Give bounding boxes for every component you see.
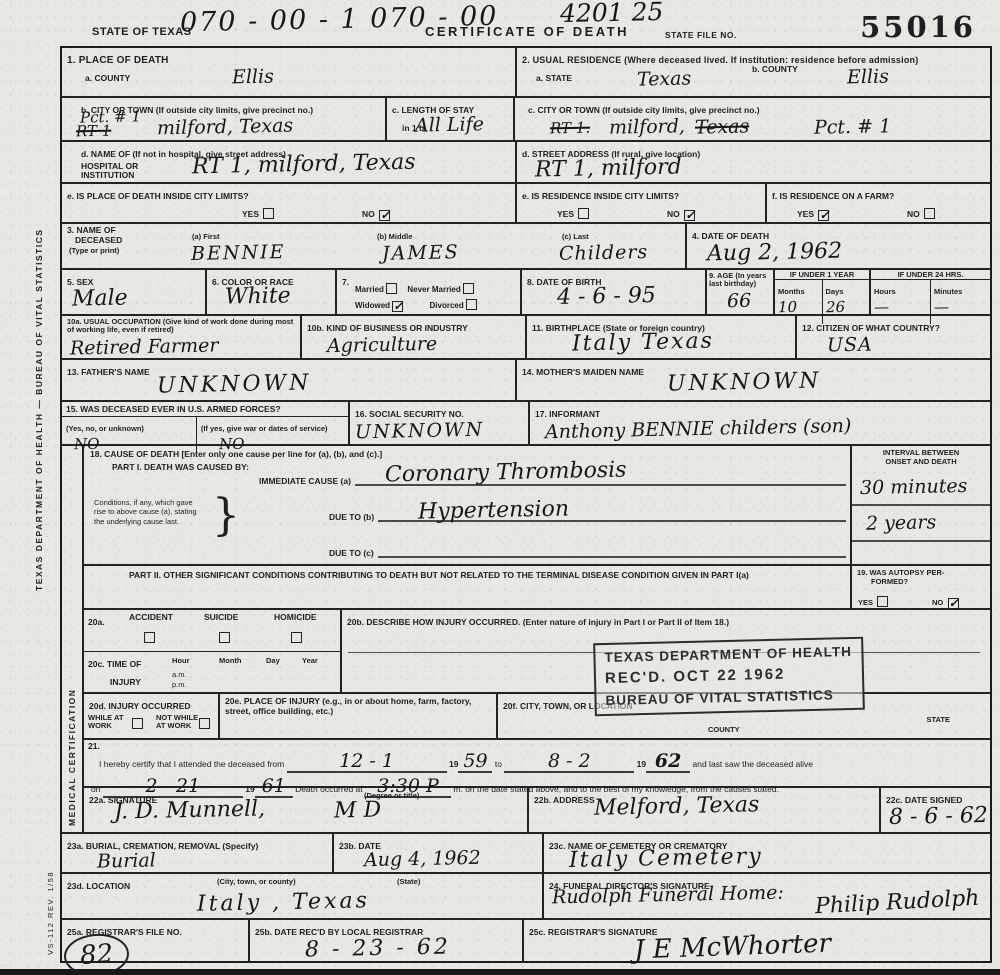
row-location-funeral: 23d. LOCATION (City, town, or county) (S… (62, 874, 990, 920)
interval-a-rule (852, 504, 990, 506)
interval-a-value: 30 minutes (860, 477, 968, 498)
field-interval: INTERVAL BETWEEN ONSET AND DEATH 30 minu… (852, 446, 990, 564)
autopsy-yes: YES (858, 592, 888, 610)
yes-label: YES (858, 598, 873, 607)
divorced-label: Divorced (430, 301, 464, 310)
yr1-value: 59 (463, 752, 487, 771)
funeral-director-signature: Philip Rudolph (815, 888, 980, 919)
autopsy-label: 19. WAS AUTOPSY PER-FORMED? (857, 568, 985, 586)
forces-war-label: (If yes, give war or dates of service) (201, 424, 328, 433)
cemetery-value: Italy Cemetery (569, 846, 763, 872)
row-burial: 23a. BURIAL, CREMATION, REMOVAL (Specify… (62, 832, 990, 874)
last-name-value: Childers (559, 243, 649, 264)
no-label: NO (907, 209, 920, 219)
row-name-of-deceased: 3. NAME OF DECEASED (Type or print) (a) … (62, 224, 990, 270)
suicide-label: SUICIDE (204, 612, 238, 622)
residence-limits-yes: YES (557, 204, 589, 222)
field-time-of-injury: 20c. TIME OFINJURY Hour a.m. p.m. Month … (84, 652, 340, 692)
birthplace-value: Italy Texas (572, 331, 714, 356)
autopsy-label-1: 19. WAS AUTOPSY PER- (857, 568, 944, 577)
marital-options: Married Never Married Widowed ✓ Divorced (355, 282, 477, 314)
father-name-label: 13. FATHER'S NAME (67, 367, 150, 377)
last-name-label: (c) Last (562, 232, 589, 241)
married-label: Married (355, 285, 384, 294)
medical-certification-section: MEDICAL CERTIFICATION TEXAS DEPARTMENT O… (62, 446, 990, 832)
row-certify-statement: 21. I hereby certify that I attended the… (84, 740, 990, 788)
row-part2-autopsy: PART II. OTHER SIGNIFICANT CONDITIONS CO… (84, 566, 990, 610)
field-hospital: d. NAME OF (If not in hospital, give str… (62, 142, 517, 182)
field-length-of-stay: c. LENGTH OF STAY in 1 b. All Life (387, 98, 515, 140)
farm-yes: YES ✓ (797, 204, 829, 222)
physician-signature-value: J. D. Munnell, (114, 798, 265, 823)
months-label: Months (778, 287, 805, 296)
field-accident-suicide-homicide: 20a. ACCIDENT SUICIDE HOMICIDE (84, 610, 340, 652)
field-cemetery: 23c. NAME OF CEMETERY OR CREMATORY Italy… (544, 834, 990, 872)
row-sex-race-age: 5. SEX Male 6. COLOR OR RACE White 7. Ma… (62, 270, 990, 316)
physician-address-label: 22b. ADDRESS (534, 795, 595, 805)
injury-county-label: COUNTY (708, 725, 740, 734)
field-burial-date: 23b. DATE Aug 4, 1962 (334, 834, 544, 872)
certify-num: 21. (88, 741, 100, 751)
widowed-label: Widowed (355, 301, 390, 310)
not-while-at-work-label: NOT WHILEAT WORK (156, 714, 198, 731)
minutes-value: — (934, 300, 949, 315)
occupation-value: Retired Farmer (70, 336, 219, 358)
length-of-stay-value: All Life (415, 115, 484, 135)
field-middle-name: (b) Middle JAMES (372, 224, 557, 268)
field-physician-address: 22b. ADDRESS Melford, Texas (529, 788, 881, 832)
registrar-signature-value: J E McWhorter (634, 931, 832, 964)
field-residence-farm: f. IS RESIDENCE ON A FARM? YES ✓ NO (767, 184, 990, 222)
location-city-sub: (City, town, or county) (217, 877, 296, 886)
death-limits-yes-checkbox (263, 208, 274, 219)
street-address-value: RT 1, milford (535, 156, 682, 181)
field-usual-residence: 2. USUAL RESIDENCE (Where deceased lived… (517, 48, 990, 96)
industry-value: Agriculture (327, 335, 438, 356)
part1-label: PART I. DEATH WAS CAUSED BY: (112, 462, 249, 472)
informant-value: Anthony BENNIE childers (son) (545, 417, 852, 442)
field-first-name: (a) First BENNIE (187, 224, 372, 268)
scanned-death-certificate: { "header": { "state_label": "STATE OF T… (0, 0, 1000, 975)
due-to-b-rule: Hypertension (378, 520, 846, 522)
row-cause-of-death: 18. CAUSE OF DEATH [Enter only one cause… (84, 446, 990, 566)
while-at-work-2: WORK (88, 721, 112, 730)
field-place-of-injury: 20e. PLACE OF INJURY (e.g., in or about … (220, 694, 498, 738)
middle-name-value: JAMES (382, 243, 460, 264)
burial-type-label: 23a. BURIAL, CREMATION, REMOVAL (Specify… (67, 841, 258, 851)
field-registrar-file-no: 25a. REGISTRAR'S FILE NO. 82 (62, 920, 250, 961)
field-injury-occurred: 20d. INJURY OCCURRED WHILE ATWORK NOT WH… (84, 694, 220, 738)
medical-certification-rows: TEXAS DEPARTMENT OF HEALTH REC'D. OCT 22… (84, 446, 990, 832)
field-street-address: d. STREET ADDRESS (If rural, give locati… (517, 142, 990, 182)
yr2-value: 62 (655, 752, 681, 771)
injury-occurred-label: 20d. INJURY OCCURRED (89, 701, 191, 711)
death-inside-limits-label: e. IS PLACE OF DEATH INSIDE CITY LIMITS? (67, 191, 249, 201)
sex-value: Male (72, 287, 128, 310)
yes-label: YES (557, 209, 574, 219)
burial-type-value: Burial (97, 851, 156, 871)
due-to-c-line: DUE TO (c) (329, 548, 850, 558)
time-of-injury-label: 20c. TIME OFINJURY (88, 659, 141, 687)
time-of-injury-label-2: INJURY (110, 677, 141, 687)
field-industry: 10b. KIND OF BUSINESS OR INDUSTRY Agricu… (302, 316, 527, 358)
not-while-at-work-checkbox (199, 718, 210, 729)
day-label: Day (266, 656, 280, 665)
row-physician-signature: 22a. SIGNATURE (Degree or title) J. D. M… (84, 788, 990, 832)
days-label: Days (826, 287, 844, 296)
field-part2: PART II. OTHER SIGNIFICANT CONDITIONS CO… (84, 566, 852, 608)
cause-of-death-label: 18. CAUSE OF DEATH [Enter only one cause… (90, 449, 382, 459)
certificate-number: 55016 (860, 10, 976, 44)
residence-city-value: milford, (608, 117, 684, 138)
while-at-work-label: WHILE ATWORK (88, 714, 123, 731)
death-limits-no: NO ✓ (362, 204, 390, 222)
due-to-c-rule (378, 556, 846, 558)
row-parents: 13. FATHER'S NAME UNKNOWN 14. MOTHER'S M… (62, 360, 990, 402)
minutes-label: Minutes (934, 287, 962, 296)
field-cause-of-death: 18. CAUSE OF DEATH [Enter only one cause… (84, 446, 852, 564)
not-while-2: AT WORK (156, 721, 191, 730)
no-label: NO (667, 209, 680, 219)
field-marital-status: 7. Married Never Married Widowed ✓ Divor… (337, 270, 522, 314)
certify-text-2: and last saw the deceased alive (693, 759, 814, 769)
row-registrar: 25a. REGISTRAR'S FILE NO. 82 25b. DATE R… (62, 920, 990, 961)
registrar-date-value: 8 - 23 - 62 (305, 936, 451, 961)
injury-20a-label: 20a. (88, 617, 105, 627)
first-name-label: (a) First (192, 232, 220, 241)
physician-address-value: Melford, Texas (594, 794, 760, 819)
field-autopsy: 19. WAS AUTOPSY PER-FORMED? YES NO ✓ (852, 566, 990, 608)
left-margin-vertical-label: TEXAS DEPARTMENT OF HEALTH — BUREAU OF V… (34, 150, 44, 670)
autopsy-no: NO ✓ (932, 592, 959, 610)
field-mother-name: 14. MOTHER'S MAIDEN NAME UNKNOWN (517, 360, 990, 400)
name-of-deceased-label2: DECEASED (75, 236, 182, 246)
death-limits-yes: YES (242, 204, 274, 222)
field-funeral-director: 24. FUNERAL DIRECTOR'S SIGNATURE Rudolph… (544, 874, 990, 918)
autopsy-label-2: FORMED? (871, 577, 908, 586)
residence-limits-no: NO ✓ (667, 204, 695, 222)
state-of-texas-label: STATE OF TEXAS (92, 26, 192, 38)
certify-text-1: I hereby certify that I attended the dec… (99, 759, 284, 769)
conditions-note: Conditions, if any, which gave rise to a… (94, 498, 206, 526)
under-1-year-label: IF UNDER 1 YEAR (775, 270, 869, 280)
immediate-cause-line: IMMEDIATE CAUSE (a) Coronary Thrombosis (259, 476, 850, 486)
part2-label: PART II. OTHER SIGNIFICANT CONDITIONS CO… (129, 570, 845, 580)
field-ssn: 16. SOCIAL SECURITY NO. UNKNOWN (350, 402, 530, 444)
death-city-value: milford, Texas (157, 117, 294, 139)
time-of-injury-label-1: 20c. TIME OF (88, 659, 141, 669)
months-value: 10 (778, 300, 797, 315)
conditions-brace: } (212, 490, 240, 541)
death-limits-no-checkbox: ✓ (379, 210, 390, 221)
field-registrar-signature: 25c. REGISTRAR'S SIGNATURE J E McWhorter (524, 920, 990, 961)
field-sex: 5. SEX Male (62, 270, 207, 314)
field-place-of-death-county: 1. PLACE OF DEATH a. COUNTY Ellis (62, 48, 517, 96)
name-type-or-print: (Type or print) (69, 246, 182, 255)
field-physician-signature: 22a. SIGNATURE (Degree or title) J. D. M… (84, 788, 529, 832)
field-if-under-24-hrs: IF UNDER 24 HRS. Hours — Minutes — (871, 270, 990, 314)
interval-b-rule (852, 540, 990, 542)
form-revision-vertical-label: VS-112 REV. 1/58 (46, 845, 55, 955)
received-stamp: TEXAS DEPARTMENT OF HEALTH REC'D. OCT 22… (593, 637, 864, 717)
burial-location-label: 23d. LOCATION (67, 881, 130, 891)
age-value: 66 (727, 292, 752, 312)
attended-to-value: 8 - 2 (548, 752, 591, 771)
state-file-no-label: STATE FILE NO. (665, 30, 737, 40)
field-if-under-1-year: IF UNDER 1 YEAR Months 10 Days 26 (775, 270, 871, 314)
farm-no: NO (907, 204, 935, 222)
year-label: Year (302, 656, 318, 665)
while-at-work-checkbox (132, 718, 143, 729)
due-to-c-label: DUE TO (c) (329, 548, 374, 558)
hospital-value: RT 1, milford, Texas (192, 152, 416, 179)
yr2-blank: 62 (646, 752, 690, 773)
row-city-limits: e. IS PLACE OF DEATH INSIDE CITY LIMITS?… (62, 184, 990, 224)
forces-yesno-label: (Yes, no, or unknown) (66, 424, 144, 433)
divorced-checkbox (466, 299, 477, 310)
field-certify-statement: 21. I hereby certify that I attended the… (84, 740, 990, 786)
no-label: NO (362, 209, 375, 219)
medical-certification-vertical-label: MEDICAL CERTIFICATION (67, 536, 77, 826)
month-label: Month (219, 656, 242, 665)
farm-yes-checkbox: ✓ (818, 210, 829, 221)
immediate-cause-rule: Coronary Thrombosis (355, 484, 846, 486)
autopsy-no-checkbox: ✓ (948, 598, 959, 609)
yr-prefix-2: 19 (637, 759, 646, 769)
residence-limits-no-checkbox: ✓ (684, 210, 695, 221)
marital-never-married: Never Married (407, 285, 474, 294)
days-value: 26 (825, 300, 844, 315)
field-registrar-date: 25b. DATE REC'D BY LOCAL REGISTRAR 8 - 2… (250, 920, 524, 961)
first-name-value: BENNIE (191, 243, 286, 264)
residence-city-struck1: RT 1. (550, 121, 590, 137)
field-date-of-birth: 8. DATE OF BIRTH 4 - 6 - 95 (522, 270, 707, 314)
location-state-sub: (State) (397, 877, 420, 886)
citizen-value: USA (827, 336, 873, 356)
farm-no-checkbox (924, 208, 935, 219)
county-value: Ellis (232, 68, 274, 88)
marital-divorced: Divorced (430, 301, 477, 310)
field-informant: 17. INFORMANT Anthony BENNIE childers (s… (530, 402, 990, 444)
ssn-label: 16. SOCIAL SECURITY NO. (355, 409, 464, 419)
residence-city-struck2: Texas (695, 117, 750, 137)
field-birthplace: 11. BIRTHPLACE (State or foreign country… (527, 316, 797, 358)
immediate-cause-label: IMMEDIATE CAUSE (a) (259, 476, 351, 486)
field-last-name: (c) Last Childers (557, 224, 687, 268)
certificate-form: 1. PLACE OF DEATH a. COUNTY Ellis 2. USU… (60, 46, 992, 963)
scan-edge-bar (0, 969, 1000, 975)
residence-limits-yes-checkbox (578, 208, 589, 219)
attended-from-blank: 12 - 1 (287, 752, 447, 773)
industry-label: 10b. KIND OF BUSINESS OR INDUSTRY (307, 323, 468, 333)
pm-label: p.m. (172, 680, 187, 689)
residence-county-value: Ellis (847, 68, 889, 88)
degree-value: M D (334, 800, 382, 823)
state-file-no-handwritten: 4201 25 (560, 0, 664, 26)
field-date-of-death: 4. DATE OF DEATH Aug 2, 1962 (687, 224, 990, 268)
field-death-inside-limits: e. IS PLACE OF DEATH INSIDE CITY LIMITS?… (62, 184, 517, 222)
autopsy-yes-checkbox (877, 596, 888, 607)
yes-label: YES (797, 209, 814, 219)
field-death-city: b. CITY OR TOWN (If outside city limits,… (62, 98, 387, 140)
field-burial-location: 23d. LOCATION (City, town, or county) (S… (62, 874, 544, 918)
citizen-label: 12. CITIZEN OF WHAT COUNTRY? (802, 323, 940, 333)
accident-checkbox (144, 632, 155, 643)
immediate-cause-value: Coronary Thrombosis (385, 459, 627, 486)
row-forces-ssn-informant: 15. WAS DECEASED EVER IN U.S. ARMED FORC… (62, 402, 990, 446)
medical-certification-strip: MEDICAL CERTIFICATION (62, 446, 84, 832)
accident-label: ACCIDENT (129, 612, 173, 622)
under-24-hrs-label: IF UNDER 24 HRS. (871, 270, 990, 280)
date-of-death-value: Aug 2, 1962 (707, 241, 843, 266)
ssn-value: UNKNOWN (355, 421, 485, 443)
attended-from-value: 12 - 1 (339, 752, 394, 771)
middle-name-label: (b) Middle (377, 232, 412, 241)
field-color-race: 6. COLOR OR RACE White (207, 270, 337, 314)
funeral-home-value: Rudolph Funeral Home: (552, 884, 784, 908)
age-label: 9. AGE (In years last birthday) (709, 272, 771, 288)
yr1-blank: 59 (458, 752, 492, 773)
widowed-checkbox: ✓ (392, 301, 403, 312)
occupation-label: 10a. USUAL OCCUPATION (Give kind of work… (67, 318, 295, 335)
date-signed-value: 8 - 6 - 62 (889, 805, 988, 829)
burial-location-value: Italy , Texas (197, 890, 370, 916)
field-armed-forces: 15. WAS DECEASED EVER IN U.S. ARMED FORC… (62, 402, 350, 444)
row-place-residence-header: 1. PLACE OF DEATH a. COUNTY Ellis 2. USU… (62, 48, 990, 98)
residence-farm-label: f. IS RESIDENCE ON A FARM? (772, 191, 894, 201)
field-father-name: 13. FATHER'S NAME UNKNOWN (62, 360, 517, 400)
mother-name-value: UNKNOWN (667, 370, 822, 395)
homicide-label: HOMICIDE (274, 612, 317, 622)
suicide-checkbox (219, 632, 230, 643)
never-married-checkbox (463, 283, 474, 294)
date-of-birth-value: 4 - 6 - 95 (557, 285, 656, 309)
hours-value: — (874, 300, 889, 315)
field-residence-inside-limits: e. IS RESIDENCE INSIDE CITY LIMITS? YES … (517, 184, 767, 222)
injury-state-label: STATE (927, 715, 950, 724)
burial-date-value: Aug 4, 1962 (364, 849, 481, 870)
color-race-value: White (225, 285, 291, 308)
place-of-death-label: 1. PLACE OF DEATH (67, 55, 169, 66)
married-checkbox (386, 283, 397, 294)
yr-prefix-1: 19 (449, 759, 458, 769)
no-label: NO (932, 598, 943, 607)
row-occupation: 10a. USUAL OCCUPATION (Give kind of work… (62, 316, 990, 360)
usual-residence-label: 2. USUAL RESIDENCE (Where deceased lived… (522, 55, 918, 65)
field-injury-left: 20a. ACCIDENT SUICIDE HOMICIDE 20c. TIME… (84, 610, 342, 692)
describe-injury-label: 20b. DESCRIBE HOW INJURY OCCURRED. (Ente… (347, 617, 729, 627)
field-residence-city: c. CITY OR TOWN (If outside city limits,… (515, 98, 990, 140)
field-occupation: 10a. USUAL OCCUPATION (Give kind of work… (62, 316, 302, 358)
attended-to-blank: 8 - 2 (504, 752, 634, 773)
never-married-label: Never Married (407, 285, 460, 294)
due-to-b-label: DUE TO (b) (329, 512, 374, 522)
residence-state-label: a. STATE (536, 73, 572, 83)
due-to-b-value: Hypertension (418, 498, 569, 523)
homicide-checkbox (291, 632, 302, 643)
field-citizen: 12. CITIZEN OF WHAT COUNTRY? USA (797, 316, 990, 358)
marital-married: Married (355, 285, 397, 294)
interval-b-value: 2 years (866, 513, 937, 533)
armed-forces-label: 15. WAS DECEASED EVER IN U.S. ARMED FORC… (62, 402, 348, 417)
hours-label: Hours (874, 287, 896, 296)
row-hospital-street: d. NAME OF (If not in hospital, give str… (62, 142, 990, 184)
row-city-town: b. CITY OR TOWN (If outside city limits,… (62, 98, 990, 142)
residence-city-label: c. CITY OR TOWN (If outside city limits,… (528, 105, 760, 115)
field-date-signed: 22c. DATE SIGNED 8 - 6 - 62 (881, 788, 990, 832)
father-name-value: UNKNOWN (157, 372, 312, 397)
county-label: a. COUNTY (85, 73, 130, 83)
due-to-b-line: DUE TO (b) Hypertension (329, 512, 850, 522)
residence-state-value: Texas (637, 69, 692, 89)
interval-label-2: ONSET AND DEATH (885, 457, 956, 466)
death-city-struck: RT 1 (76, 124, 112, 140)
hour-label: Hour (172, 656, 190, 665)
certify-line-1: I hereby certify that I attended the dec… (99, 752, 985, 773)
interval-label: INTERVAL BETWEEN ONSET AND DEATH (852, 446, 990, 466)
residence-county-label: b. COUNTY (752, 64, 798, 74)
mother-name-label: 14. MOTHER'S MAIDEN NAME (522, 367, 644, 377)
field-age: 9. AGE (In years last birthday) 66 (707, 270, 775, 314)
marital-widowed: Widowed ✓ (355, 301, 403, 310)
yes-label: YES (242, 209, 259, 219)
to-word: to (495, 759, 502, 769)
residence-inside-limits-label: e. IS RESIDENCE INSIDE CITY LIMITS? (522, 191, 679, 201)
field-name-label: 3. NAME OF DECEASED (Type or print) (62, 224, 187, 268)
place-of-injury-label: 20e. PLACE OF INJURY (e.g., in or about … (225, 696, 491, 716)
informant-label: 17. INFORMANT (535, 409, 600, 419)
residence-city-precinct: Pct. # 1 (813, 117, 891, 138)
marital-label: 7. (342, 277, 349, 287)
interval-label-1: INTERVAL BETWEEN (883, 448, 959, 457)
field-burial-type: 23a. BURIAL, CREMATION, REMOVAL (Specify… (62, 834, 334, 872)
am-label: a.m. (172, 670, 187, 679)
